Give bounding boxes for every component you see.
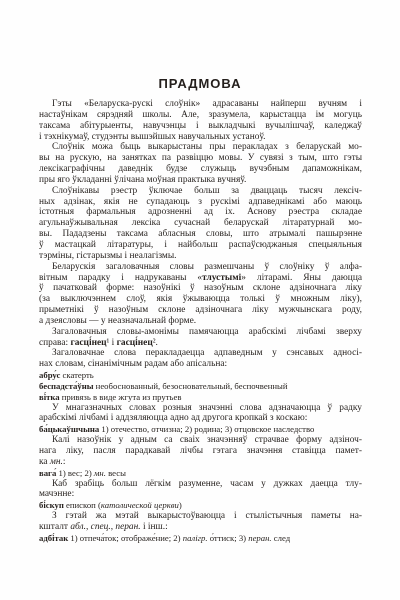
dictionary-entry: беспадста́ўны необоснованный, безосноват… — [39, 381, 362, 392]
text-line: арабскімі лічбамі і аддзяляюцца адно ад … — [39, 413, 362, 424]
text-line: лексікаграфічны даведнік будзе служыць в… — [39, 164, 362, 175]
text-line: пры яго ўкладанні ўлічана моўная практык… — [39, 175, 362, 186]
text-line: вітным парадку і надрукаваны «тлустымі» … — [39, 273, 362, 284]
dictionary-entry: бі́скуп епископ (католической церкви) — [39, 500, 362, 511]
paragraph: Слоўнікавы рэестр ўключае больш за двацц… — [39, 186, 362, 262]
text-line: агульнаўжывальная лексіка сучаснай белар… — [39, 218, 362, 229]
text-line: Слоўнікавы рэестр ўключае больш за двацц… — [39, 186, 362, 197]
text-line: ві́тка привязь в виде жгута из прутьев — [39, 392, 362, 403]
text-line: Загаловачныя словы-амонімы памячаюцца ар… — [39, 327, 362, 338]
dictionary-entry: адбі́так 1) отпеча́ток; отображе́ние; 2)… — [39, 533, 362, 544]
text-line: Слоўнік можа быць выкарыстаны пры перакл… — [39, 142, 362, 153]
text-line: нага ліку, пасля парадкавай лічбы гэтага… — [39, 446, 362, 457]
text-line: мачэнне: — [39, 489, 362, 500]
paragraph: З гэтай жа мэтай выкарыстоўваюцца і стыл… — [39, 511, 362, 533]
text-line: Калі назоўнік у адным са сваіх значэнняў… — [39, 435, 362, 446]
text-line: Загаловачнае слова перакладаецца адпавед… — [39, 348, 362, 359]
text-line: ў мастацкай літаратуры, і найбольш распа… — [39, 240, 362, 251]
paragraph: Загаловачныя словы-амонімы памячаюцца ар… — [39, 327, 362, 349]
text-line: абру́с скатерть — [39, 370, 362, 381]
text-line: тэрміны, гістарызмы і неалагізмы. — [39, 251, 362, 262]
text-line: істотныя фармальныя адрозненні ад іх. Ас… — [39, 207, 362, 218]
paragraph: У мнагазначных словах розныя значэнні сл… — [39, 403, 362, 425]
paragraph: Гэты «Беларуска-рускі слоўнік» адрасаван… — [39, 99, 362, 142]
text-line: У мнагазначных словах розныя значэнні сл… — [39, 403, 362, 414]
text-line: нах словам, сінанімічным радам або апіса… — [39, 359, 362, 370]
text-line: справа: гасці́нец¹ і гасці́нец². — [39, 338, 362, 349]
text-line: бі́скуп епископ (католической церкви) — [39, 500, 362, 511]
paragraph: Каб зрабіць больш лёгкім разуменне, часа… — [39, 479, 362, 501]
text-line: Каб зрабіць больш лёгкім разуменне, часа… — [39, 479, 362, 490]
text-line: прыметнікі ў назоўным склоне адзіночнага… — [39, 305, 362, 316]
text-line: а дзеясловы — у неазначальнай форме. — [39, 316, 362, 327]
text-line: настаўнікам сярэдняй школы. Але, зразуме… — [39, 110, 362, 121]
text-line: ных адзінак, якія не супадаюць з рускімі… — [39, 197, 362, 208]
dictionary-entry: вага́ 1) вес; 2) мн. весы — [39, 468, 362, 479]
text-line: і тэхнікумаў, студэнты вышэйшых навучаль… — [39, 132, 362, 143]
dictionary-entry: абру́с скатерть — [39, 370, 362, 381]
text-line: Гэты «Беларуска-рускі слоўнік» адрасаван… — [39, 99, 362, 110]
text-line: вы на рускую, на занятках па развіццю мо… — [39, 153, 362, 164]
text-line: З гэтай жа мэтай выкарыстоўваюцца і стыл… — [39, 511, 362, 522]
page-title: ПРАДМОВА — [0, 76, 400, 91]
text-line: ка мн.: — [39, 457, 362, 468]
dictionary-entry: ба́цькаўшчына 1) отечество, отчизна; 2) … — [39, 424, 362, 435]
paragraph: Калі назоўнік у адным са сваіх значэнняў… — [39, 435, 362, 468]
paragraph: Загаловачнае слова перакладаецца адпавед… — [39, 348, 362, 370]
book-page: ПРАДМОВА Гэты «Беларуска-рускі слоўнік» … — [0, 0, 400, 600]
text-line: таксама абітурыенты, навучэнцы і выкладч… — [39, 121, 362, 132]
text-line: адбі́так 1) отпеча́ток; отображе́ние; 2)… — [39, 533, 362, 544]
dictionary-entry: ві́тка привязь в виде жгута из прутьев — [39, 392, 362, 403]
text-line: беспадста́ўны необоснованный, безосноват… — [39, 381, 362, 392]
paragraph: Беларускія загаловачныя словы размешчаны… — [39, 262, 362, 327]
text-line: Беларускія загаловачныя словы размешчаны… — [39, 262, 362, 273]
text-line: вага́ 1) вес; 2) мн. весы — [39, 468, 362, 479]
paragraph: Слоўнік можа быць выкарыстаны пры перакл… — [39, 142, 362, 185]
text-line: ў пачатковай форме: назоўнікі ў назоўным… — [39, 283, 362, 294]
text-line: (за выключэннем слоў, якія ўжываюцца тол… — [39, 294, 362, 305]
page-body: Гэты «Беларуска-рускі слоўнік» адрасаван… — [39, 99, 362, 544]
text-line: кшталт абл., спец., перан. і інш.: — [39, 522, 362, 533]
text-line: вы. Пададзены таксама абласныя словы, шт… — [39, 229, 362, 240]
text-line: ба́цькаўшчына 1) отечество, отчизна; 2) … — [39, 424, 362, 435]
